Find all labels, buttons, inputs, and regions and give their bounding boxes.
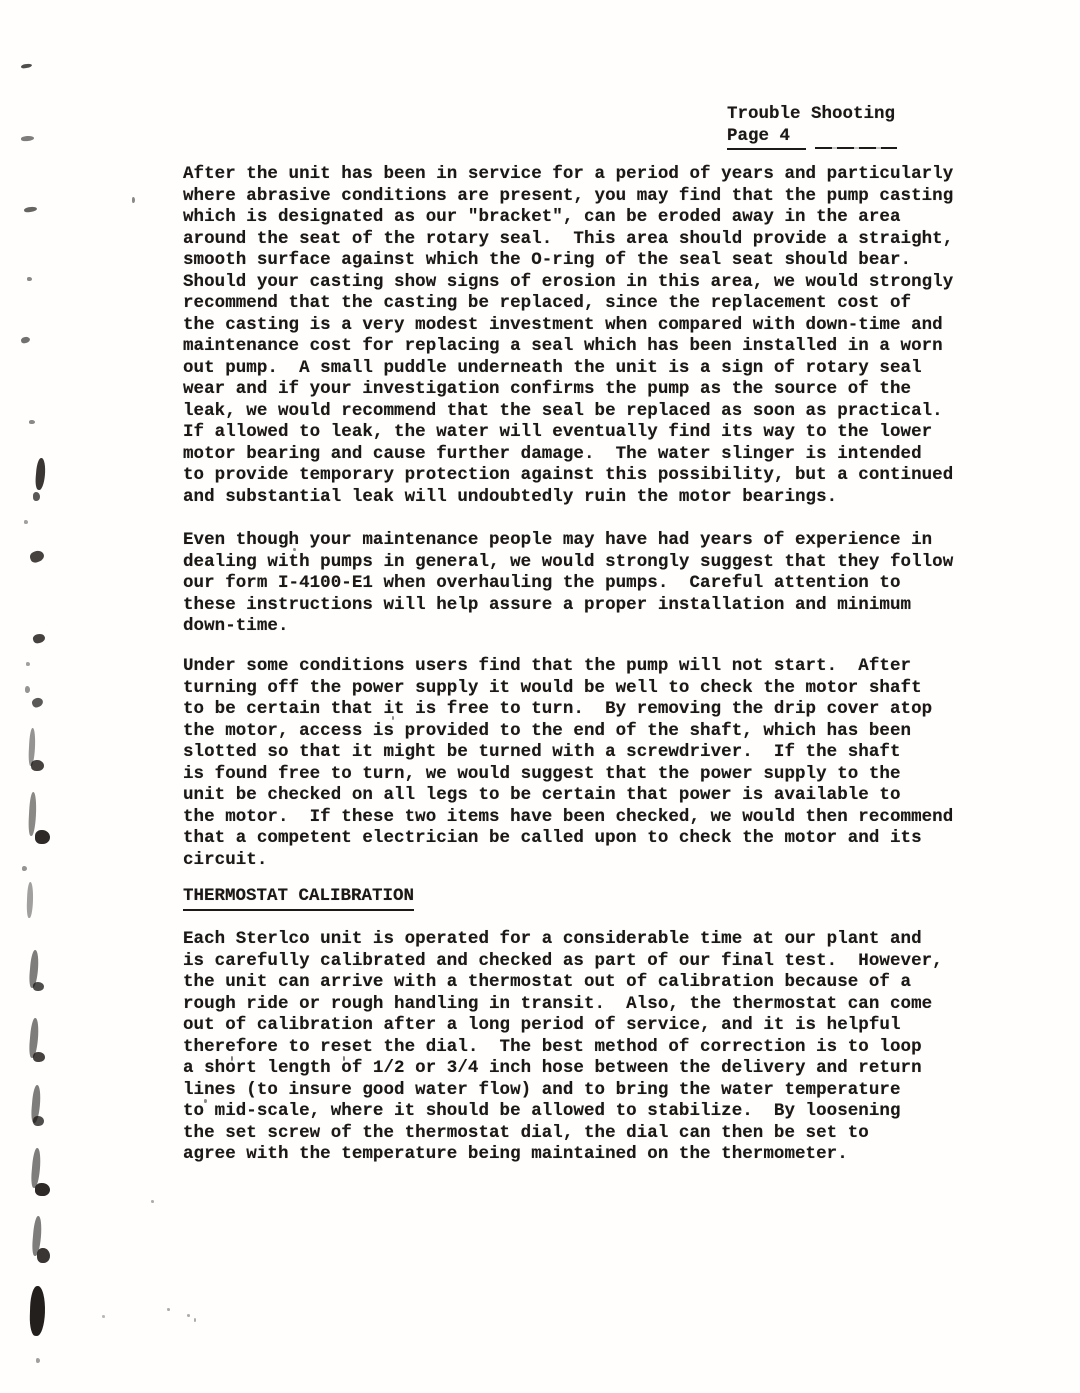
scan-artifact [37, 1248, 50, 1263]
scan-artifact [151, 1200, 154, 1203]
scan-artifact [31, 696, 45, 709]
scan-artifact [29, 549, 46, 564]
scan-artifact [29, 420, 35, 424]
document-page: Trouble Shooting Page 4 After the unit h… [0, 0, 1080, 1393]
scan-artifact [35, 458, 47, 491]
scan-artifact [24, 206, 38, 213]
typed-underline-rule [815, 147, 897, 150]
scan-artifact [35, 1183, 50, 1196]
section-heading-wrap: THERMOSTAT CALIBRATION [183, 886, 414, 911]
scan-artifact [132, 197, 135, 203]
paragraph-pump-casting-erosion: After the unit has been in service for a… [183, 164, 953, 508]
page-number-row: Page 4 [727, 126, 897, 151]
scan-artifact [26, 662, 30, 666]
scan-artifact [194, 1318, 196, 1322]
scan-artifact [24, 520, 28, 524]
scan-artifact [33, 492, 40, 501]
paragraph-maintenance-form: Even though your maintenance people may … [183, 530, 953, 638]
section-heading-thermostat-calibration: THERMOSTAT CALIBRATION [183, 886, 414, 911]
scan-artifact [22, 866, 27, 871]
scan-artifact [31, 760, 44, 771]
paragraph-thermostat-calibration: Each Sterlco unit is operated for a cons… [183, 929, 943, 1166]
scan-artifact [35, 830, 50, 844]
paragraph-pump-will-not-start: Under some conditions users find that th… [183, 656, 953, 871]
scan-artifact [167, 1308, 170, 1311]
scan-artifact [26, 882, 33, 918]
scan-artifact [28, 792, 37, 836]
scan-artifact [33, 1116, 44, 1126]
scan-artifact [20, 336, 30, 344]
scan-artifact [36, 1358, 40, 1363]
page-header: Trouble Shooting Page 4 [727, 104, 897, 150]
scan-artifact [21, 135, 34, 141]
scan-artifact [33, 1052, 45, 1062]
scan-artifact [25, 686, 30, 693]
scan-artifact [27, 277, 32, 281]
page-number: Page 4 [727, 126, 806, 151]
scan-artifact [102, 1315, 105, 1318]
scan-artifact [32, 633, 46, 645]
scan-artifact [187, 1314, 190, 1317]
scan-artifact [33, 982, 44, 991]
document-title: Trouble Shooting [727, 104, 897, 126]
scan-artifact [29, 1286, 46, 1336]
scan-artifact [21, 63, 33, 69]
